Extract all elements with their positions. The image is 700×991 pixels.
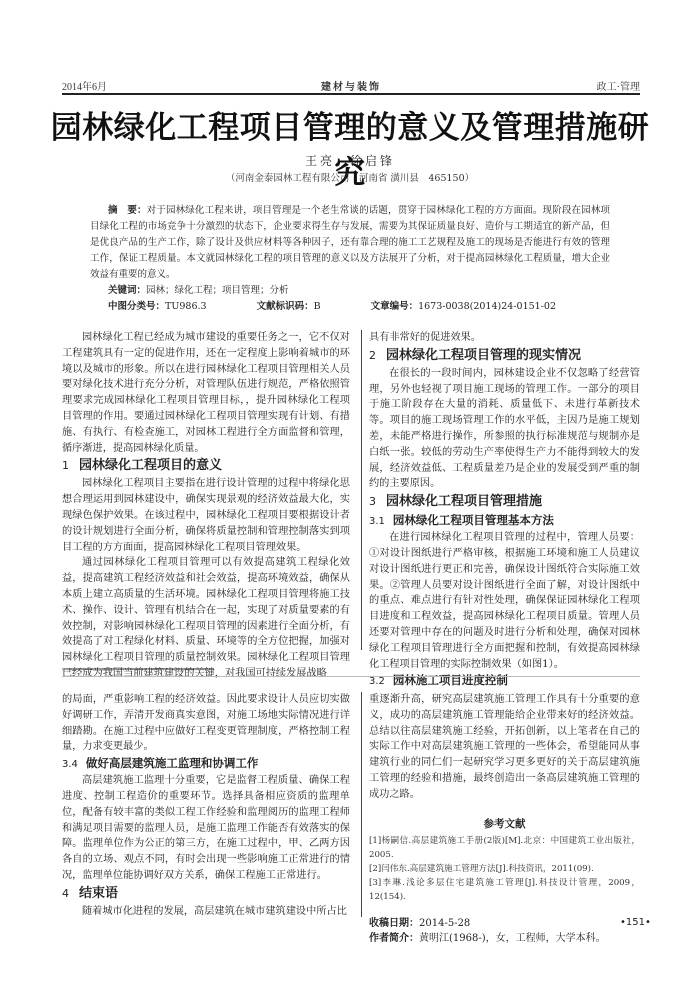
continued-text: 重逐渐升高，研究高层建筑施工管理工作具有十分重要的意义，成功的高层建筑施工管理能… <box>369 692 640 803</box>
section-3-1-paragraph: 在进行园林绿化工程项目管理的过程中，管理人员要：①对设计图纸进行严格审核，根据施… <box>369 530 640 672</box>
lower-right-column: 重逐渐升高，研究高层建筑施工管理工作具有十分重要的意义，成功的高层建筑施工管理能… <box>369 692 640 946</box>
keywords-label: 关键词： <box>108 285 146 296</box>
classification-line: 中图分类号：TU986.3文献标识码：B文章编号：1673-0038(2014)… <box>90 299 610 315</box>
section-3-4-heading: 3.4做好高层建筑施工监理和协调工作 <box>62 755 350 773</box>
section-1-paragraph-2: 通过园林绿化工程项目管理可以有效提高建筑工程绿化效益，提高建筑工程经济效益和社会… <box>62 555 350 681</box>
column-divider <box>361 330 362 650</box>
ornamental-divider: ᵙᵙᵙᵙᵙᵙᵙᵙᵙᵙᵙᵙᵙᵙᵙᵙᵙᵙᵙᵙᵙᵙᵙᵙᵙᵙᵙᵙᵙᵙᵙᵙᵙᵙᵙᵙᵙᵙᵙᵙ… <box>62 666 640 677</box>
keywords: 关键词：园林；绿化工程；项目管理；分析 <box>90 283 610 299</box>
references-heading: 参考文献 <box>369 817 640 833</box>
continued-text: 的局面，严重影响工程的经济效益。因此要求设计人员应切实做好调研工作，弄清开发商真… <box>62 692 350 755</box>
reference-item: [2]闫伟东.高层建筑施工管理方法[J].科技资讯，2011(09). <box>369 862 640 876</box>
column-divider <box>361 692 362 917</box>
section-3-1-heading: 3.1园林绿化工程项目管理基本方法 <box>369 512 640 530</box>
section-3-4-paragraph: 高层建筑施工监理十分重要，它是监督工程质量、确保工程进度、控制工程造价的重要环节… <box>62 773 350 884</box>
upper-left-column: 园林绿化工程已经成为城市建设的重要任务之一，它不仅对工程建筑具有一定的促进作用，… <box>62 330 350 682</box>
header-divider <box>62 93 640 95</box>
affiliation: （河南金泰园林工程有限公司 河南省 潢川县 465150） <box>0 170 700 184</box>
section-label: 政工·管理 <box>597 78 640 93</box>
journal-name: 建材与装饰 <box>62 78 640 93</box>
keywords-text: 园林；绿化工程；项目管理；分析 <box>146 285 289 296</box>
section-1-paragraph-1: 园林绿化工程项目主要指在进行设计管理的过程中将绿化思想合理运用到园林建设中，确保… <box>62 476 350 555</box>
reference-item: [1]杨嗣信.高层建筑施工手册(2版)[M].北京：中国建筑工业出版社，2005… <box>369 834 640 862</box>
abstract-text: 对于园林绿化工程来讲，项目管理是一个老生常谈的话题，贯穿于园林绿化工程的方方面面… <box>90 205 610 280</box>
section-2-heading: 2园林绿化工程项目管理的现实情况 <box>369 347 640 365</box>
page-number: •151• <box>620 917 651 928</box>
abstract-label: 摘 要： <box>108 205 147 216</box>
author-bio: 作者简介：黄明江(1968-)，女，工程师，大学本科。 <box>369 931 640 946</box>
article-no-label: 文章编号： <box>371 301 419 312</box>
section-1-heading: 1园林绿化工程项目的意义 <box>62 457 350 475</box>
upper-right-column: 具有非常好的促进效果。 2园林绿化工程项目管理的现实情况 在很长的一段时间内，园… <box>369 330 640 690</box>
reference-item: [3]李琳.浅论多层住宅建筑施工管理[J].科技设计管理，2009，12(154… <box>369 876 640 904</box>
article-no-value: 1673-0038(2014)24-0151-02 <box>418 301 556 312</box>
continued-text: 具有非常好的促进效果。 <box>369 330 640 346</box>
doc-code-value: B <box>314 301 321 312</box>
intro-paragraph: 园林绿化工程已经成为城市建设的重要任务之一，它不仅对工程建筑具有一定的促进作用，… <box>62 330 350 456</box>
running-header: 2014年6月 建材与装饰 政工·管理 <box>62 78 640 92</box>
clc-value: TU986.3 <box>165 301 207 312</box>
doc-code-label: 文献标识码： <box>257 301 314 312</box>
section-2-paragraph: 在很长的一段时间内，园林建设企业不仅忽略了经营管理，另外也轻视了项目施工现场的管… <box>369 366 640 492</box>
section-4-heading: 4结束语 <box>62 885 350 903</box>
lower-left-column: 的局面，严重影响工程的经济效益。因此要求设计人员应切实做好调研工作，弄清开发商真… <box>62 692 350 920</box>
clc-label: 中图分类号： <box>108 301 165 312</box>
authors: 王亮 徐启锋 <box>0 152 700 169</box>
section-3-heading: 3园林绿化工程项目管理措施 <box>369 493 640 511</box>
abstract: 摘 要：对于园林绿化工程来讲，项目管理是一个老生常谈的话题，贯穿于园林绿化工程的… <box>90 203 610 283</box>
abstract-block: 摘 要：对于园林绿化工程来讲，项目管理是一个老生常谈的话题，贯穿于园林绿化工程的… <box>90 203 610 315</box>
section-4-paragraph: 随着城市化进程的发展，高层建筑在城市建筑建设中所占比 <box>62 904 350 920</box>
received-date: 收稿日期：2014-5-28 <box>369 916 640 931</box>
